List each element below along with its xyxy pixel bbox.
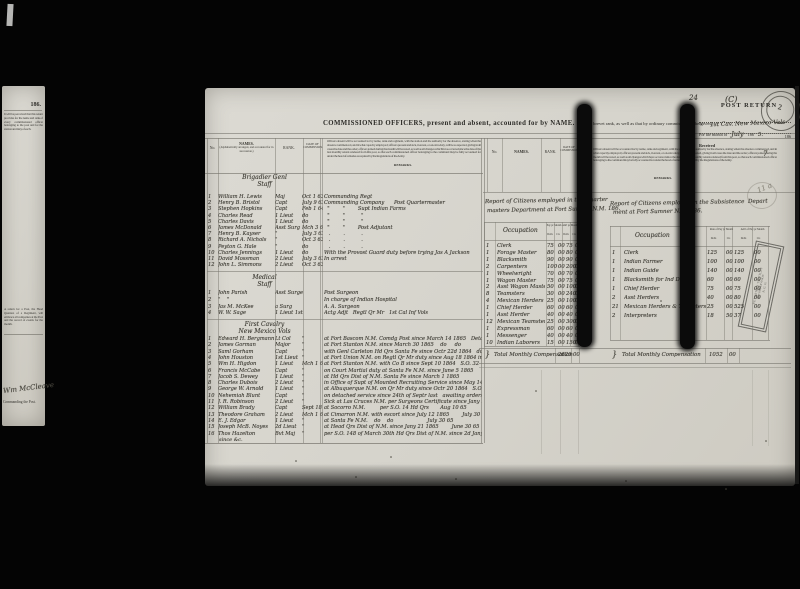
rule-v xyxy=(554,222,555,346)
rule-v xyxy=(768,370,769,446)
rule-v xyxy=(578,370,579,454)
left-page-year: 186. xyxy=(31,102,42,108)
document-page: COMMISSIONED OFFICERS, present and absen… xyxy=(205,88,795,486)
rule-v xyxy=(560,138,561,192)
rule-v xyxy=(610,226,611,340)
rule-v xyxy=(620,226,621,340)
left-page-fineprint-top: It will be perceived that this return pr… xyxy=(4,113,43,135)
rule-h xyxy=(479,367,791,368)
rule-v xyxy=(541,370,542,454)
rule-v xyxy=(706,226,707,340)
rule-h xyxy=(207,271,483,272)
dust-speck xyxy=(295,460,297,462)
microfilm-frame: 186. It will be perceived that this retu… xyxy=(0,0,800,589)
rule-v xyxy=(562,222,563,346)
rule-v xyxy=(495,222,496,346)
rule-v xyxy=(739,348,740,363)
rule-h xyxy=(205,133,795,134)
dust-speck xyxy=(625,480,627,482)
rule-v xyxy=(752,226,753,340)
rule-h xyxy=(205,173,483,174)
rule-v xyxy=(768,226,769,340)
rule-v xyxy=(502,138,503,192)
dust-speck xyxy=(660,300,662,302)
rule-h xyxy=(483,192,795,193)
rule-h xyxy=(205,138,795,139)
dust-speck xyxy=(765,440,767,442)
rule-v xyxy=(727,348,728,363)
right-page-edge xyxy=(795,86,799,484)
left-page-sliver: 186. It will be perceived that this retu… xyxy=(2,86,45,426)
rule-h xyxy=(205,443,483,444)
film-splice-bar-left xyxy=(577,104,592,347)
rule-h xyxy=(479,363,791,364)
rule-h xyxy=(479,348,791,349)
rule-v xyxy=(579,348,580,363)
rule-v xyxy=(320,138,321,443)
rule-v xyxy=(732,226,733,340)
rule-v xyxy=(571,348,572,363)
rule-v xyxy=(752,370,753,446)
rule-h xyxy=(484,346,580,347)
rule-v xyxy=(218,138,219,443)
rule-v xyxy=(541,138,542,192)
film-edge-mark xyxy=(6,4,13,26)
rule-h xyxy=(484,240,580,241)
rule-v xyxy=(546,222,547,346)
left-page-rule-top xyxy=(4,110,42,111)
rule-h xyxy=(207,319,483,320)
left-page-commanding-label: Commanding the Post. xyxy=(3,400,43,404)
rule-v xyxy=(484,222,485,346)
left-page-signature: Wm McCleave xyxy=(3,381,55,395)
left-page-fineprint-mid: A return for a Post, the Head Quarters o… xyxy=(4,308,43,330)
rule-v xyxy=(481,138,482,443)
rule-v xyxy=(570,222,571,346)
film-splice-bar-right xyxy=(680,104,695,349)
rule-v xyxy=(705,348,706,363)
dust-speck xyxy=(355,476,357,478)
left-page-rule-mid xyxy=(4,334,43,335)
rule-v xyxy=(303,138,304,443)
rule-v xyxy=(207,138,208,443)
dust-speck xyxy=(535,390,537,392)
rule-v xyxy=(487,138,488,192)
rule-v xyxy=(724,226,725,340)
ruled-lines-layer xyxy=(205,88,795,486)
dust-speck xyxy=(390,456,392,458)
rule-v xyxy=(560,370,561,454)
dust-speck xyxy=(725,488,727,490)
rule-v xyxy=(275,138,276,443)
rule-h xyxy=(484,222,580,223)
rule-v xyxy=(555,348,556,363)
dust-speck xyxy=(455,478,457,480)
rule-v xyxy=(322,138,323,443)
